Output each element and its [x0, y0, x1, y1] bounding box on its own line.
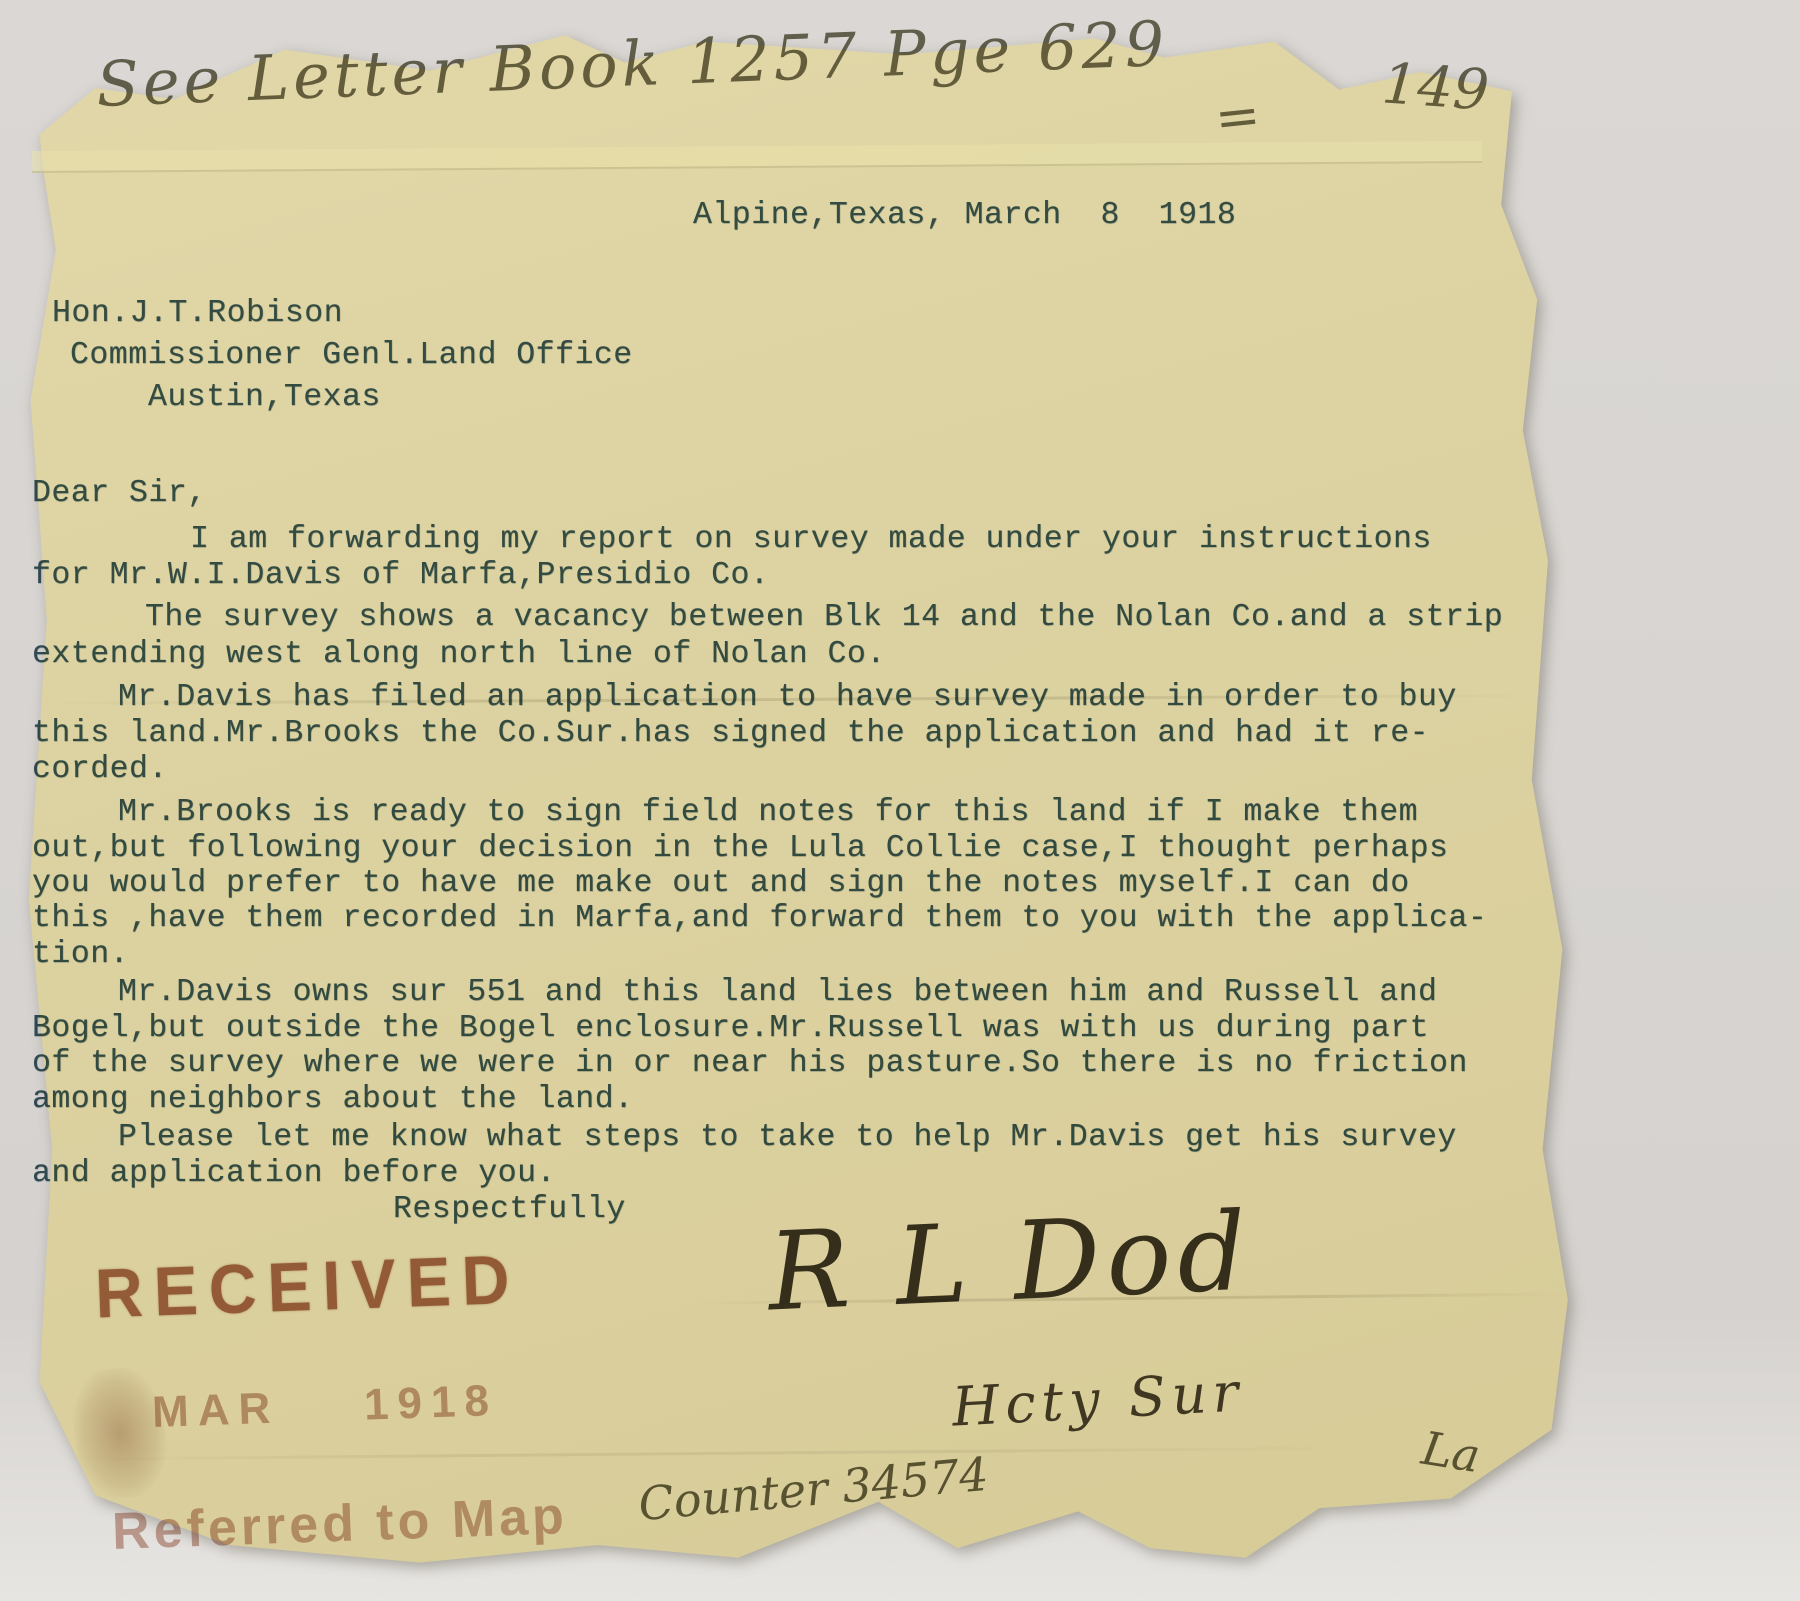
dateline: Alpine,Texas, March 8 1918 [693, 198, 1236, 234]
body-line: this ,have them recorded in Marfa,and fo… [32, 901, 1487, 937]
body-line: tion. [32, 937, 129, 973]
document-scan: See Letter Book 1257 Pge 629 = 149 Alpin… [0, 0, 1800, 1601]
top-page-number: 149 [1380, 51, 1491, 123]
body-line: Mr.Brooks is ready to sign field notes f… [118, 795, 1418, 831]
recipient-name: Hon.J.T.Robison [52, 296, 343, 332]
body-line: for Mr.W.I.Davis of Marfa,Presidio Co. [32, 558, 769, 594]
initials-note: La [1418, 1421, 1484, 1483]
body-line: extending west along north line of Nolan… [32, 637, 886, 673]
recipient-title: Commissioner Genl.Land Office [70, 338, 633, 374]
signature-name: R L Dod [766, 1189, 1255, 1335]
body-line: corded. [32, 752, 168, 788]
body-line: Please let me know what steps to take to… [118, 1120, 1457, 1156]
closing: Respectfully [393, 1192, 626, 1228]
body-line: Bogel,but outside the Bogel enclosure.Mr… [32, 1011, 1429, 1047]
body-line: among neighbors about the land. [32, 1082, 634, 1118]
body-line: out,but following your decision in the L… [32, 831, 1448, 867]
body-line: Mr.Davis owns sur 551 and this land lies… [118, 975, 1437, 1011]
body-line: and application before you. [32, 1156, 556, 1192]
salutation: Dear Sir, [32, 476, 207, 512]
body-line: this land.Mr.Brooks the Co.Sur.has signe… [32, 716, 1429, 752]
body-line: Mr.Davis has filed an application to hav… [118, 680, 1457, 716]
recipient-city: Austin,Texas [148, 380, 381, 416]
top-dash-mark: = [1212, 83, 1264, 150]
body-line: The survey shows a vacancy between Blk 1… [145, 600, 1503, 636]
body-line: I am forwarding my report on survey made… [190, 522, 1432, 558]
body-line: you would prefer to have me make out and… [32, 866, 1410, 902]
body-line: of the survey where we were in or near h… [32, 1046, 1468, 1082]
received-stamp: RECEIVED [94, 1239, 522, 1334]
